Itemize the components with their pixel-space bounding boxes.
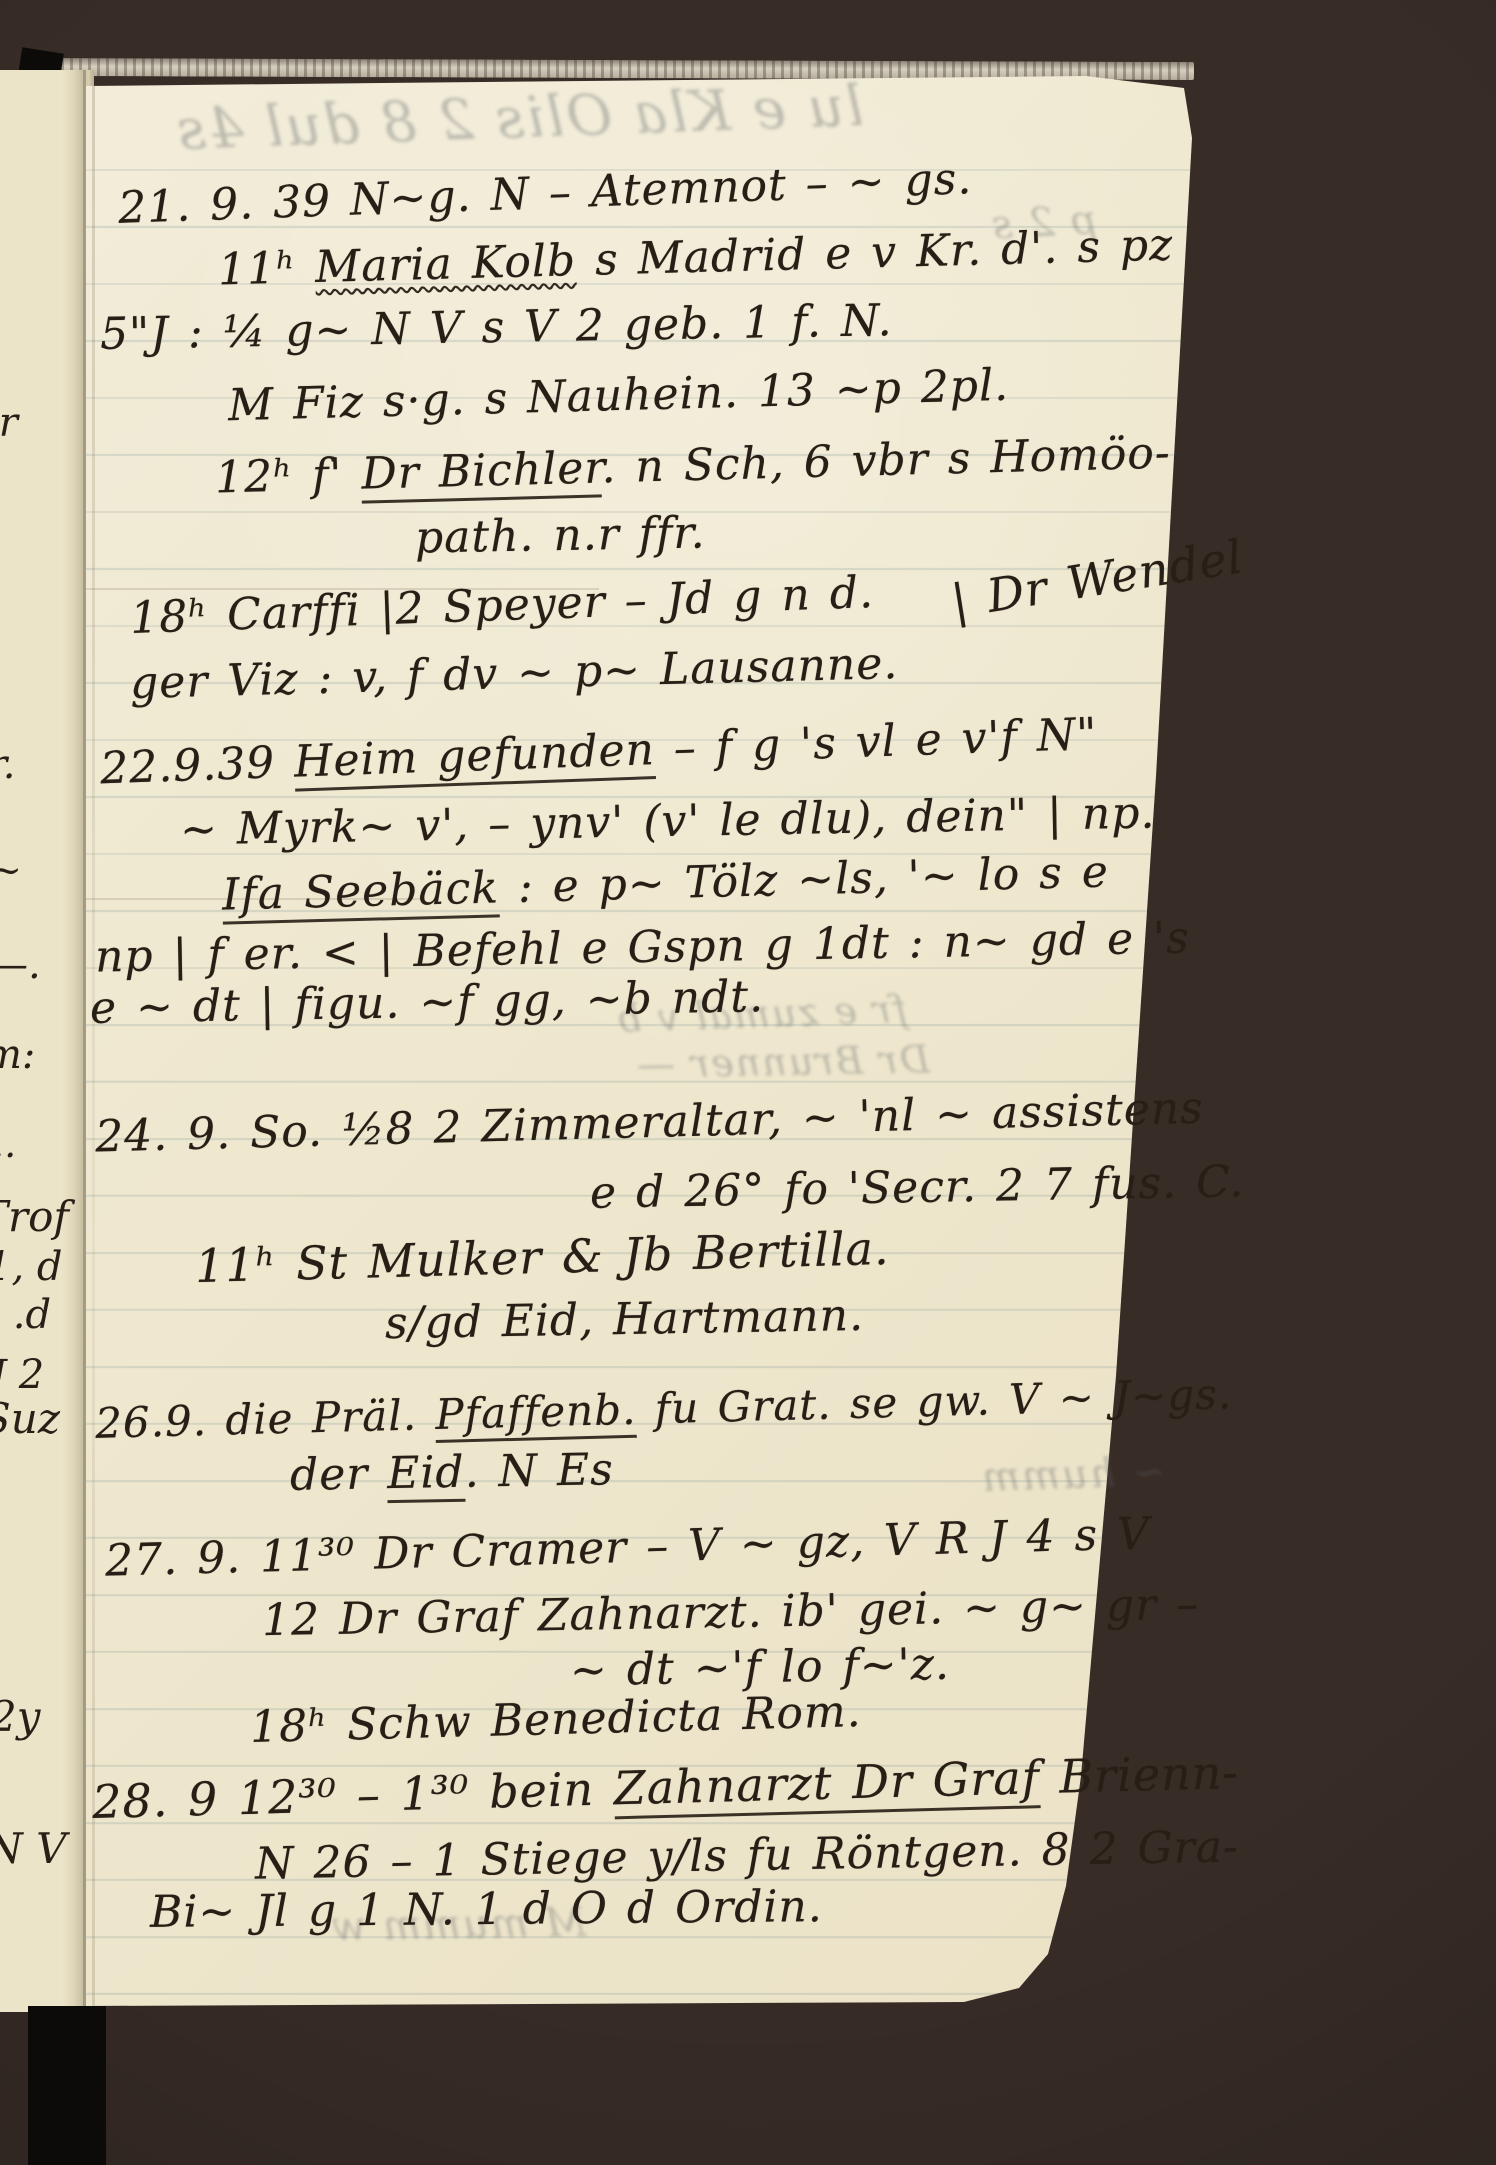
handwriting-line: 12 Dr Graf Zahnarzt. ib' gei. ~ g~ gr – bbox=[262, 1579, 1200, 1646]
handwriting-line: Bi~ Jl g 1 N. 1 d O d Ordin. bbox=[150, 1881, 823, 1938]
handwriting-line: 11ʰ Maria Kolb s Madrid e v Kr. d'. s pz bbox=[217, 220, 1173, 296]
handwriting-text: 12 Dr Graf Zahnarzt. ib' gei. ~ g~ gr – bbox=[262, 1579, 1200, 1646]
handwriting-line: N 26 – 1 Stiege y/ls fu Röntgen. 8 2 Gra… bbox=[255, 1821, 1240, 1889]
handwriting-text: s/gd Eid, Hartmann. bbox=[385, 1290, 865, 1349]
handwriting-text: 24. 9. So. ½8 2 Zimmeraltar, ~ 'nl ~ ass… bbox=[95, 1082, 1205, 1162]
handwriting-text: e ~ dt | figu. ~f gg, ~b ndt. bbox=[90, 971, 765, 1034]
handwriting-text: ~ Myrk~ v', – ynv' (v' le dlu), dein" | … bbox=[180, 787, 1156, 855]
handwriting-line: 18ʰ Schw Benedicta Rom. bbox=[249, 1686, 862, 1753]
handwriting-text: 18ʰ Schw Benedicta Rom. bbox=[249, 1686, 862, 1753]
underlined-name: Dr Bichler bbox=[361, 442, 602, 503]
handwriting-line: | Dr Wendel bbox=[948, 529, 1247, 628]
handwriting-text: 12ʰ f' bbox=[214, 449, 362, 504]
underlined-name: Ifa Seebäck bbox=[221, 862, 499, 924]
handwriting-text: 22.9.39 bbox=[99, 737, 295, 795]
handwriting-text: fu Grat. se gw. V ~ J~gs. bbox=[636, 1369, 1233, 1434]
handwriting-line: 5"J : ¼ g~ N V s V 2 geb. 1 f. N. bbox=[100, 295, 893, 360]
underlined-name: Zahnarzt Dr Graf bbox=[613, 1750, 1040, 1819]
handwriting-line: 28. 9 12³⁰ – 1³⁰ bein Zahnarzt Dr Graf B… bbox=[91, 1745, 1239, 1829]
notebook-photo: { "document": { "kind": "handwritten dia… bbox=[0, 0, 1496, 2165]
handwriting-text: Brienn- bbox=[1039, 1745, 1240, 1804]
handwriting-text: 11ʰ bbox=[217, 242, 315, 296]
handwriting-text: 26.9. die Präl. bbox=[95, 1390, 436, 1448]
handwriting-text: 18ʰ Carffi |2 Speyer – Jd g n d. bbox=[129, 567, 874, 644]
handwriting-line: e d 26° fo 'Secr. 2 7 fus. C. bbox=[590, 1156, 1245, 1218]
handwriting-text: 27. 9. 11³⁰ Dr Cramer – V ~ gz, V R J 4 … bbox=[105, 1508, 1151, 1586]
underlined-name: Pfaffenb. bbox=[435, 1385, 637, 1443]
underlined-name: Eid bbox=[387, 1447, 465, 1503]
handwriting-text: 5"J : ¼ g~ N V s V 2 geb. 1 f. N. bbox=[100, 295, 893, 360]
handwriting-text: . N Es bbox=[464, 1444, 614, 1498]
handwriting-line: M Fiz s·g. s Nauhein. 13 ~p 2pl. bbox=[227, 360, 1009, 431]
handwriting-line: s/gd Eid, Hartmann. bbox=[385, 1290, 865, 1349]
handwriting-text: – f g 's vl e v'f N" bbox=[654, 709, 1098, 775]
handwriting-text: 11ʰ St Mulker & Jb Bertilla. bbox=[194, 1221, 890, 1293]
handwriting-line: 24. 9. So. ½8 2 Zimmeraltar, ~ 'nl ~ ass… bbox=[95, 1082, 1205, 1162]
handwriting-line: e ~ dt | figu. ~f gg, ~b ndt. bbox=[90, 971, 765, 1034]
handwriting-line: 26.9. die Präl. Pfaffenb. fu Grat. se gw… bbox=[95, 1369, 1233, 1448]
handwriting-line: 12ʰ f' Dr Bichler. n Sch, 6 vbr s Homöo- bbox=[214, 427, 1171, 503]
underlined-name: Heim gefunden bbox=[293, 724, 656, 792]
handwriting-text: . n Sch, 6 vbr s Homöo- bbox=[601, 427, 1172, 493]
handwriting-text: s Madrid e v Kr. d'. s pz bbox=[575, 220, 1173, 287]
handwriting-text: der bbox=[290, 1448, 388, 1501]
handwriting-text: N 26 – 1 Stiege y/ls fu Röntgen. 8 2 Gra… bbox=[255, 1821, 1240, 1889]
binding-shadow-bottom bbox=[28, 2006, 106, 2165]
handwriting-text: e d 26° fo 'Secr. 2 7 fus. C. bbox=[590, 1156, 1245, 1218]
handwriting-line: 11ʰ St Mulker & Jb Bertilla. bbox=[194, 1221, 890, 1293]
handwriting-line: ger Viz : v, f dv ~ p~ Lausanne. bbox=[129, 638, 898, 709]
handwriting-line: path. n.r ffr. bbox=[415, 507, 706, 563]
handwriting-line: ~ Myrk~ v', – ynv' (v' le dlu), dein" | … bbox=[180, 787, 1156, 855]
handwriting-text: path. n.r ffr. bbox=[415, 507, 706, 563]
handwriting-line: Ifa Seebäck : e p~ Tölz ~ls, '~ lo s e bbox=[221, 846, 1109, 920]
handwriting-line: 21. 9. 39 N~g. N – Atemnot – ~ gs. bbox=[117, 153, 973, 234]
handwriting-line: der Eid. N Es bbox=[290, 1444, 615, 1501]
handwriting-line: 27. 9. 11³⁰ Dr Cramer – V ~ gz, V R J 4 … bbox=[105, 1508, 1151, 1586]
handwriting-line: 22.9.39 Heim gefunden – f g 's vl e v'f … bbox=[99, 709, 1098, 795]
handwriting-layer: 21. 9. 39 N~g. N – Atemnot – ~ gs.11ʰ Ma… bbox=[0, 0, 1496, 2165]
handwriting-text: ger Viz : v, f dv ~ p~ Lausanne. bbox=[129, 638, 898, 709]
handwriting-text: | Dr Wendel bbox=[948, 529, 1247, 628]
handwriting-text: 28. 9 12³⁰ – 1³⁰ bein bbox=[91, 1761, 614, 1829]
handwriting-text: Bi~ Jl g 1 N. 1 d O d Ordin. bbox=[150, 1881, 823, 1938]
handwriting-line: 18ʰ Carffi |2 Speyer – Jd g n d. bbox=[129, 567, 874, 644]
handwriting-text: 21. 9. 39 N~g. N – Atemnot – ~ gs. bbox=[117, 153, 973, 234]
underlined-name: Maria Kolb bbox=[314, 235, 576, 293]
handwriting-text: : e p~ Tölz ~ls, '~ lo s e bbox=[498, 846, 1109, 913]
handwriting-text: M Fiz s·g. s Nauhein. 13 ~p 2pl. bbox=[227, 360, 1009, 431]
